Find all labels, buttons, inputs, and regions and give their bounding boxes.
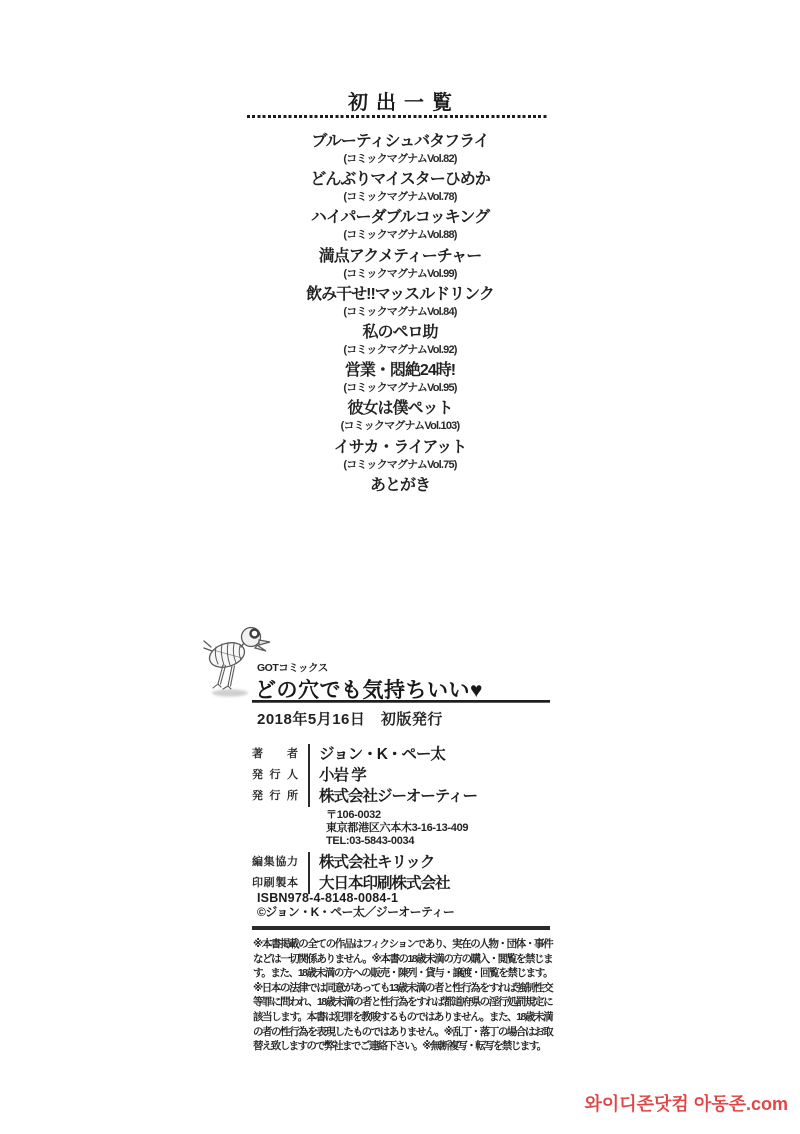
work-source: (コミックマグナムVol.99) [0, 267, 800, 282]
work-title: どんぶりマイスターひめか [0, 169, 800, 190]
legal-notice: ※本書掲載の全ての作品はフィクションであり、実在の人物・団体・事件などは一切関係… [253, 937, 552, 1054]
work-title: 営業・悶絶24時! [0, 360, 800, 381]
work-source: (コミックマグナムVol.95) [0, 381, 800, 396]
postal-code: 〒106-0032 [326, 809, 562, 822]
work-title: イサカ・ライアット [0, 437, 800, 458]
work-item: 彼女は僕ペット (コミックマグナムVol.103) [0, 398, 800, 436]
isbn-number: ISBN978-4-8148-0084-1 [257, 892, 454, 906]
work-item: どんぶりマイスターひめか (コミックマグナムVol.78) [0, 169, 800, 207]
work-item: ブルーティシュバタフライ (コミックマグナムVol.82) [0, 131, 800, 169]
phone-number: TEL:03-5843-0034 [326, 835, 562, 848]
work-item-afterword: あとがき [0, 475, 800, 513]
colophon-page: 初出一覧 ブルーティシュバタフライ (コミックマグナムVol.82) どんぶりマ… [0, 0, 800, 1134]
work-title: あとがき [0, 475, 800, 496]
work-title: 私のペロ助 [0, 322, 800, 343]
credit-value-publisher: 株式会社ジーオーティー [319, 786, 562, 807]
dotted-divider [247, 115, 547, 118]
works-list: ブルーティシュバタフライ (コミックマグナムVol.82) どんぶりマイスターひ… [0, 131, 800, 513]
work-source: (コミックマグナムVol.78) [0, 190, 800, 205]
credit-label-author: 著者 [252, 744, 298, 765]
work-title: ブルーティシュバタフライ [0, 131, 800, 152]
work-title: 彼女は僕ペット [0, 398, 800, 419]
work-item: 飲み干せ!!マッスルドリンク (コミックマグナムVol.84) [0, 284, 800, 322]
legal-divider [252, 926, 550, 930]
credits-group-bottom: 編集協力 印刷製本 株式会社キリック 大日本印刷株式会社 [252, 852, 562, 894]
work-item: イサカ・ライアット (コミックマグナムVol.75) [0, 437, 800, 475]
credit-label-publisher: 発行所 [252, 786, 298, 807]
work-source: (コミックマグナムVol.103) [0, 419, 800, 434]
first-publication-heading: 初出一覧 [0, 86, 800, 115]
work-item: 満点アクメティーチャー (コミックマグナムVol.99) [0, 246, 800, 284]
work-item: 営業・悶絶24時! (コミックマグナムVol.95) [0, 360, 800, 398]
isbn-block: ISBN978-4-8148-0084-1 ©ジョン・K・ペー太／ジーオーティー [257, 892, 454, 919]
work-source: (コミックマグナムVol.88) [0, 228, 800, 243]
title-underline [252, 700, 550, 703]
credit-label-publisher-person: 発行人 [252, 765, 298, 786]
imprint-label: GOTコミックス [257, 660, 328, 675]
site-watermark: 와이디존닷컴 아동존.com [584, 1090, 788, 1116]
street-address: 東京都港区六本木3-16-13-409 [326, 822, 562, 835]
work-item: 私のペロ助 (コミックマグナムVol.92) [0, 322, 800, 360]
edition-date: 2018年5月16日 初版発行 [257, 708, 443, 729]
credit-value-publisher-person: 小岩 学 [319, 765, 562, 786]
work-source: (コミックマグナムVol.92) [0, 343, 800, 358]
credits-group-top: 著者 発行人 発行所 ジョン・K・ペー太 小岩 学 株式会社ジーオーティー [252, 744, 562, 807]
publisher-address: 〒106-0032 東京都港区六本木3-16-13-409 TEL:03-584… [326, 809, 562, 848]
work-title: ハイパーダブルコッキング [0, 207, 800, 228]
credit-value-editing: 株式会社キリック [319, 852, 562, 873]
copyright-line: ©ジョン・K・ペー太／ジーオーティー [257, 906, 454, 920]
work-title: 飲み干せ!!マッスルドリンク [0, 284, 800, 305]
work-title: 満点アクメティーチャー [0, 246, 800, 267]
work-source: (コミックマグナムVol.84) [0, 305, 800, 320]
work-item: ハイパーダブルコッキング (コミックマグナムVol.88) [0, 207, 800, 245]
credits-table: 著者 発行人 発行所 ジョン・K・ペー太 小岩 学 株式会社ジーオーティー 〒1… [252, 744, 562, 894]
credit-label-editing: 編集協力 [252, 852, 298, 873]
work-source: (コミックマグナムVol.82) [0, 152, 800, 167]
work-source: (コミックマグナムVol.75) [0, 458, 800, 473]
credit-value-author: ジョン・K・ペー太 [319, 744, 562, 765]
